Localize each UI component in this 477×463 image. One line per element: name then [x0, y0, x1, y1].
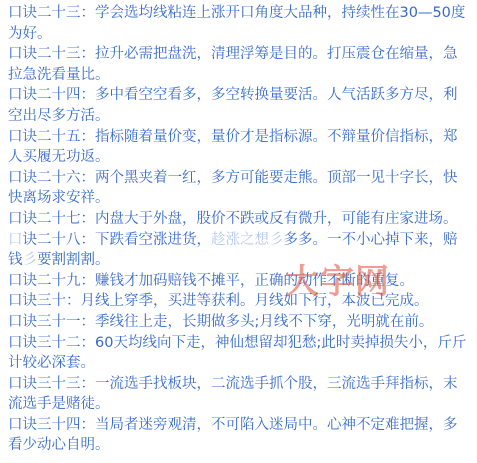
verse-paragraph: 口诀二十八：下跌看空涨进货，趁涨之想彡多多。一不小心掉下来，赔钱彡要割割割。 — [8, 230, 469, 271]
verse-label: 口诀二十五： — [8, 129, 95, 145]
verse-text: 季线往上走，长期做多头;月线不下穿，光明就在前。 — [95, 314, 433, 330]
verse-text: 赚钱才加码赔钱不摊平，正确的动作不断的重复。 — [95, 273, 414, 289]
verse-label: 口诀三十三： — [8, 376, 95, 392]
verse-text: 月线上穿季，买进等获利。月线如下行，本波已完成。 — [81, 293, 429, 309]
verse-paragraph: 口诀三十：月线上穿季，买进等获利。月线如下行，本波已完成。 — [8, 291, 469, 312]
verse-paragraph: 口诀三十四：当局者迷旁观清，不可陷入迷局中。心神不定难把握，多看少动心自明。 — [8, 415, 469, 456]
verse-label: 口诀三十一： — [8, 314, 95, 330]
verse-paragraph: 口诀二十三：学会选均线粘连上涨开口角度大品种，持续性在30—50度为好。 — [8, 3, 469, 44]
damaged-character: 口 — [8, 232, 23, 248]
verse-paragraph: 口诀二十四：多中看空空看多，多空转换量要活。人气活跃多方尽，利空出尽多方活。 — [8, 85, 469, 126]
verse-label: 口诀二十八： — [8, 232, 95, 248]
content: 口诀二十三：学会选均线粘连上涨开口角度大品种，持续性在30—50度为好。口诀二十… — [0, 0, 477, 456]
verse-paragraph: 口诀三十三：一流选手找板块，二流选手抓个股，三流选手拜指标，末流选手是赌徒。 — [8, 374, 469, 415]
verse-paragraph: 口诀二十六：两个黑夹着一红，多方可能要走熊。顶部一见十字长，快快离场求安祥。 — [8, 168, 469, 209]
article-page: 口诀二十三：学会选均线粘连上涨开口角度大品种，持续性在30—50度为好。口诀二十… — [0, 0, 477, 463]
verse-label: 口诀二十九： — [8, 273, 95, 289]
verse-paragraph: 口诀二十三：拉升必需把盘洗，清理浮筹是目的。打压震仓在缩量，急拉急洗看量比。 — [8, 44, 469, 85]
verse-paragraph: 口诀三十二：60天均线向下走，神仙想留却犯愁;此时卖掉损失小，斤斤计较必深套。 — [8, 333, 469, 374]
verse-label: 口诀三十二： — [8, 335, 95, 351]
verse-label: 口诀二十四： — [8, 87, 95, 103]
verse-label: 口诀二十三： — [8, 5, 95, 21]
verse-label: 口诀二十三： — [8, 46, 95, 62]
verse-text: 要割割割。 — [37, 252, 110, 268]
verse-paragraph: 口诀三十一：季线往上走，长期做多头;月线不下穿，光明就在前。 — [8, 312, 469, 333]
verse-label: 口诀三十四： — [8, 417, 95, 433]
verse-paragraph: 口诀二十五：指标随着量价变，量价才是指标源。不辩量价信指标，郑人买履无功返。 — [8, 127, 469, 168]
verse-text: 内盘大于外盘，股价不跌或反有微升，可能有庄家进场。 — [95, 211, 458, 227]
illegible-text: 趁涨之想彡 — [211, 232, 284, 248]
illegible-text: 彡 — [23, 252, 38, 268]
verse-paragraph: 口诀二十九：赚钱才加码赔钱不摊平，正确的动作不断的重复。 — [8, 271, 469, 292]
verse-label: 口诀二十六： — [8, 170, 95, 186]
verse-text: 下跌看空涨进货， — [95, 232, 211, 248]
verse-paragraph: 口诀二十七：内盘大于外盘，股价不跌或反有微升，可能有庄家进场。 — [8, 209, 469, 230]
verse-label: 口诀三十： — [8, 293, 81, 309]
verse-label: 口诀二十七： — [8, 211, 95, 227]
